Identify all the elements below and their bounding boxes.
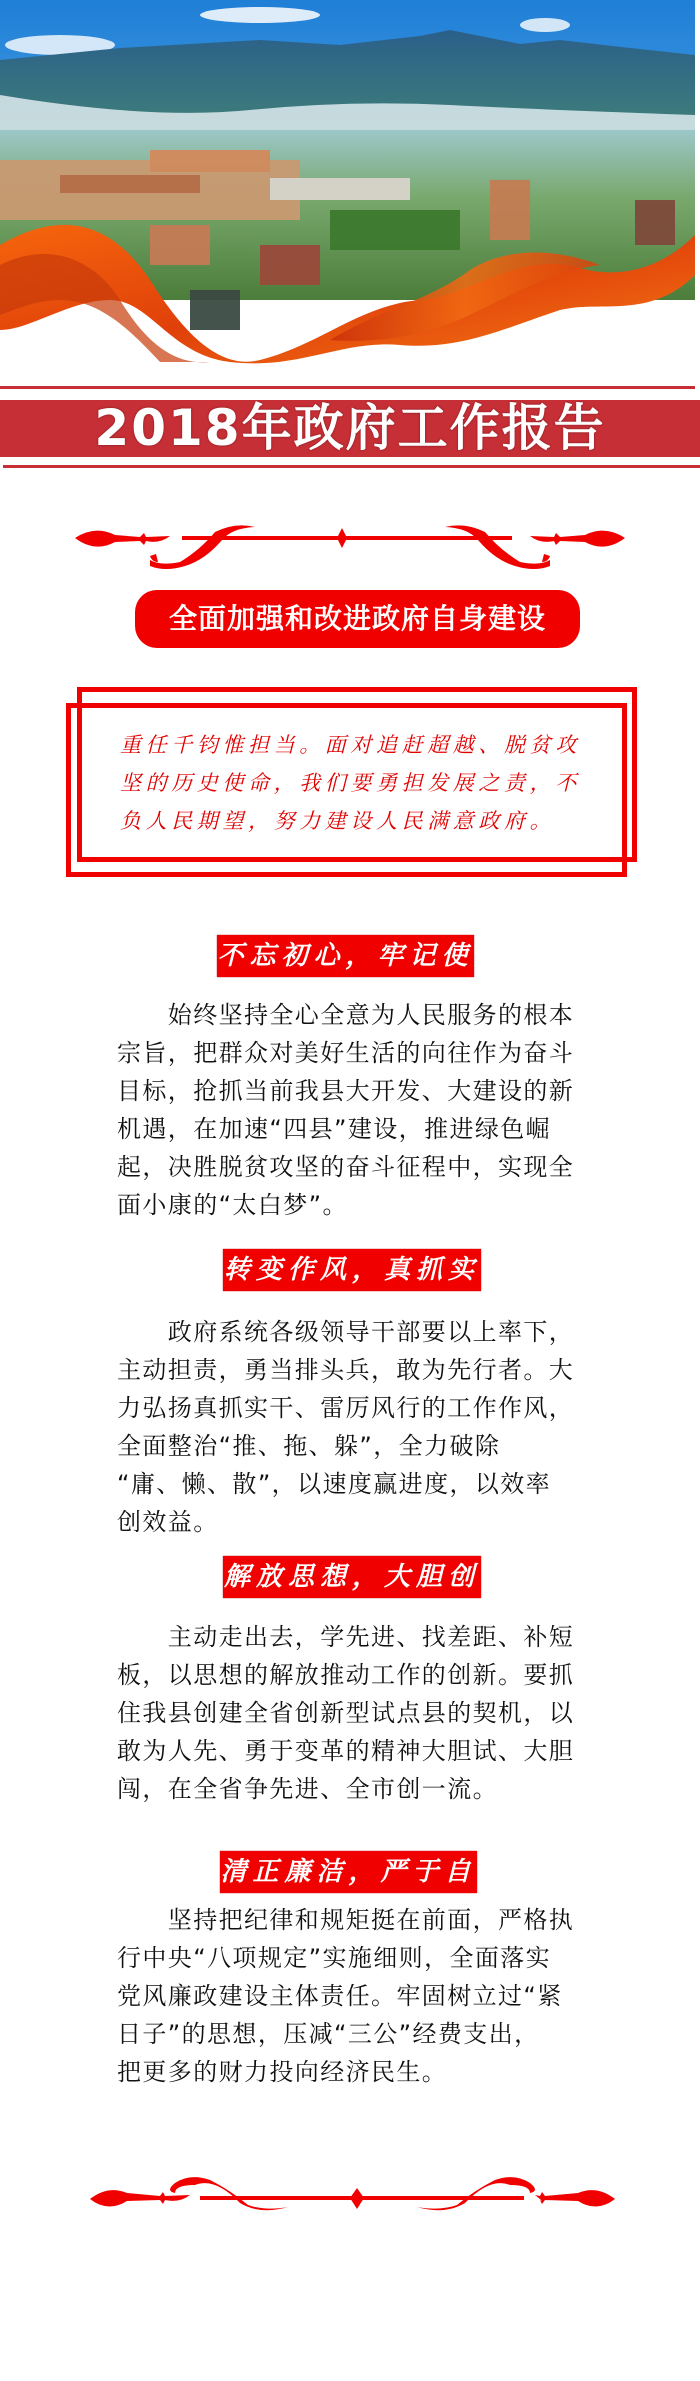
- top-ornament-divider: [0, 520, 700, 570]
- body-line: 行中央“八项规定”实施细则，全面落实: [117, 1939, 577, 1977]
- title-bottom-rule: [3, 465, 700, 468]
- bottom-ornament-divider: [0, 2165, 700, 2215]
- page-title: 2018年政府工作报告: [0, 398, 700, 458]
- section-heading-1: 不忘初心，牢记使命: [217, 935, 474, 977]
- body-line: 把更多的财力投向经济民生。: [117, 2053, 577, 2091]
- section-body-2: 政府系统各级领导干部要以上率下， 主动担责，勇当排头兵，敢为先行者。大 力弘扬真…: [117, 1313, 577, 1541]
- body-line: 始终坚持全心全意为人民服务的根本: [117, 996, 577, 1034]
- body-line: “庸、懒、散”，以速度赢进度，以效率: [117, 1465, 577, 1503]
- section-heading-4: 清正廉洁，严于自律: [220, 1851, 477, 1893]
- body-line: 敢为人先、勇于变革的精神大胆试、大胆: [117, 1732, 577, 1770]
- section-theme-pill: 全面加强和改进政府自身建设: [135, 590, 580, 648]
- body-line: 主动担责，勇当排头兵，敢为先行者。大: [117, 1351, 577, 1389]
- body-line: 闯，在全省争先进、全市创一流。: [117, 1770, 577, 1808]
- body-line: 起，决胜脱贫攻坚的奋斗征程中，实现全: [117, 1148, 577, 1186]
- body-line: 全面整治“推、拖、躲”，全力破除: [117, 1427, 577, 1465]
- section-body-1: 始终坚持全心全意为人民服务的根本 宗旨，把群众对美好生活的向往作为奋斗 目标，抢…: [117, 996, 577, 1224]
- body-line: 机遇，在加速“四县”建设，推进绿色崛: [117, 1110, 577, 1148]
- hero-banner-image: [0, 0, 700, 370]
- body-line: 面小康的“太白梦”。: [117, 1186, 577, 1224]
- quote-text: 重任千钧惟担当。面对追赶超越、脱贫攻 坚的历史使命，我们要勇担发展之责，不 负人…: [120, 726, 598, 840]
- section-heading-2: 转变作风，真抓实干: [223, 1249, 481, 1291]
- quote-line: 坚的历史使命，我们要勇担发展之责，不: [120, 764, 598, 802]
- body-line: 住我县创建全省创新型试点县的契机，以: [117, 1694, 577, 1732]
- body-line: 宗旨，把群众对美好生活的向往作为奋斗: [117, 1034, 577, 1072]
- body-line: 党风廉政建设主体责任。牢固树立过“紧: [117, 1977, 577, 2015]
- body-line: 板，以思想的解放推动工作的创新。要抓: [117, 1656, 577, 1694]
- body-line: 主动走出去，学先进、找差距、补短: [117, 1618, 577, 1656]
- body-line: 目标，抢抓当前我县大开发、大建设的新: [117, 1072, 577, 1110]
- body-line: 坚持把纪律和规矩挺在前面，严格执: [117, 1901, 577, 1939]
- body-line: 创效益。: [117, 1503, 577, 1541]
- section-body-4: 坚持把纪律和规矩挺在前面，严格执 行中央“八项规定”实施细则，全面落实 党风廉政…: [117, 1901, 577, 2091]
- title-top-rule: [0, 386, 695, 389]
- section-body-3: 主动走出去，学先进、找差距、补短 板，以思想的解放推动工作的创新。要抓 住我县创…: [117, 1618, 577, 1808]
- body-line: 力弘扬真抓实干、雷厉风行的工作作风，: [117, 1389, 577, 1427]
- body-line: 政府系统各级领导干部要以上率下，: [117, 1313, 577, 1351]
- section-heading-3: 解放思想，大胆创新: [223, 1556, 481, 1598]
- quote-line: 负人民期望，努力建设人民满意政府。: [120, 802, 598, 840]
- quote-line: 重任千钧惟担当。面对追赶超越、脱贫攻: [120, 726, 598, 764]
- body-line: 日子”的思想，压减“三公”经费支出，: [117, 2015, 577, 2053]
